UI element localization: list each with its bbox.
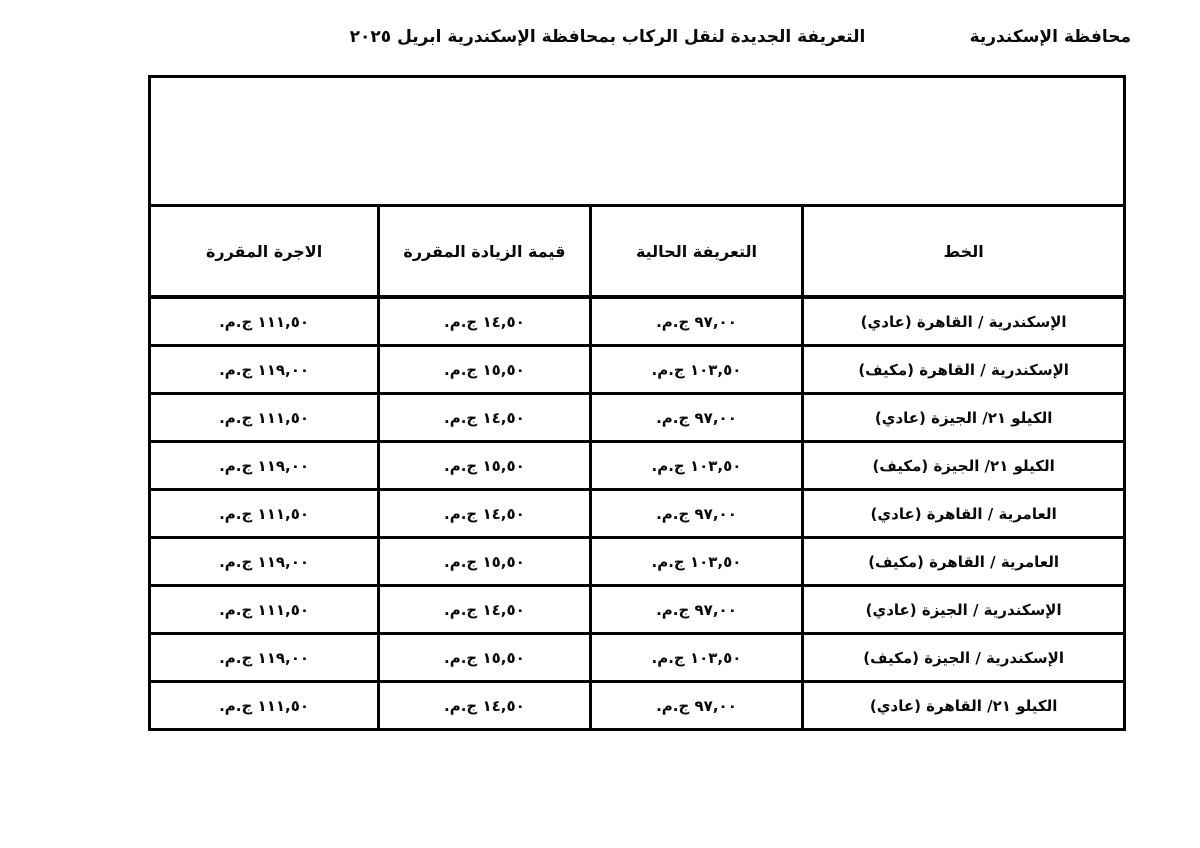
line-name-cell: الكيلو ٢١/ الجيزة (عادي): [803, 394, 1125, 442]
approved-fare-cell: ١١١,٥٠ ج.م.: [150, 682, 379, 730]
increase-value-cell: ١٥,٥٠ ج.م.: [379, 538, 591, 586]
table-row: الإسكندرية / الجيزة (عادي) ٩٧,٠٠ ج.م. ١٤…: [150, 586, 1125, 634]
increase-value-cell: ١٤,٥٠ ج.م.: [379, 586, 591, 634]
empty-merged-cell: [150, 77, 1125, 206]
current-tariff-cell: ١٠٣,٥٠ ج.م.: [590, 442, 803, 490]
current-tariff-cell: ٩٧,٠٠ ج.م.: [590, 297, 803, 346]
increase-value-cell: ١٥,٥٠ ج.م.: [379, 634, 591, 682]
table-row: العامرية / القاهرة (عادي) ٩٧,٠٠ ج.م. ١٤,…: [150, 490, 1125, 538]
table-row: الكيلو ٢١/ الجيزة (مكيف) ١٠٣,٥٠ ج.م. ١٥,…: [150, 442, 1125, 490]
line-name-cell: الإسكندرية / الجيزة (مكيف): [803, 634, 1125, 682]
approved-fare-cell: ١١١,٥٠ ج.م.: [150, 586, 379, 634]
increase-value-cell: ١٤,٥٠ ج.م.: [379, 682, 591, 730]
approved-fare-cell: ١١١,٥٠ ج.م.: [150, 490, 379, 538]
increase-value-cell: ١٤,٥٠ ج.م.: [379, 297, 591, 346]
line-name-cell: الإسكندرية / القاهرة (عادي): [803, 297, 1125, 346]
table-row: الإسكندرية / القاهرة (عادي) ٩٧,٠٠ ج.م. ١…: [150, 297, 1125, 346]
table-header-row: الخط التعريفة الحالية قيمة الزيادة المقر…: [150, 206, 1125, 298]
approved-fare-cell: ١١٩,٠٠ ج.م.: [150, 442, 379, 490]
table-row: العامرية / القاهرة (مكيف) ١٠٣,٥٠ ج.م. ١٥…: [150, 538, 1125, 586]
current-tariff-cell: ٩٧,٠٠ ج.م.: [590, 586, 803, 634]
current-tariff-cell: ١٠٣,٥٠ ج.م.: [590, 634, 803, 682]
line-name-cell: الإسكندرية / الجيزة (عادي): [803, 586, 1125, 634]
line-name-cell: الإسكندرية / القاهرة (مكيف): [803, 346, 1125, 394]
column-header-approved-fare: الاجرة المقررة: [150, 206, 379, 298]
current-tariff-cell: ٩٧,٠٠ ج.م.: [590, 394, 803, 442]
table-row: الكيلو ٢١/ الجيزة (عادي) ٩٧,٠٠ ج.م. ١٤,٥…: [150, 394, 1125, 442]
empty-header-row: [150, 77, 1125, 206]
current-tariff-cell: ١٠٣,٥٠ ج.م.: [590, 346, 803, 394]
increase-value-cell: ١٤,٥٠ ج.م.: [379, 394, 591, 442]
document-page: التعريفة الجديدة لنقل الركاب بمحافظة الإ…: [0, 0, 1200, 848]
increase-value-cell: ١٥,٥٠ ج.م.: [379, 346, 591, 394]
table-row: الإسكندرية / القاهرة (مكيف) ١٠٣,٥٠ ج.م. …: [150, 346, 1125, 394]
column-header-line: الخط: [803, 206, 1125, 298]
line-name-cell: الكيلو ٢١/ الجيزة (مكيف): [803, 442, 1125, 490]
current-tariff-cell: ٩٧,٠٠ ج.م.: [590, 490, 803, 538]
tariff-table: الخط التعريفة الحالية قيمة الزيادة المقر…: [148, 75, 1126, 731]
increase-value-cell: ١٤,٥٠ ج.م.: [379, 490, 591, 538]
approved-fare-cell: ١١٩,٠٠ ج.م.: [150, 634, 379, 682]
approved-fare-cell: ١١١,٥٠ ج.م.: [150, 394, 379, 442]
increase-value-cell: ١٥,٥٠ ج.م.: [379, 442, 591, 490]
column-header-current-tariff: التعريفة الحالية: [590, 206, 803, 298]
current-tariff-cell: ٩٧,٠٠ ج.م.: [590, 682, 803, 730]
table-row: الكيلو ٢١/ القاهرة (عادي) ٩٧,٠٠ ج.م. ١٤,…: [150, 682, 1125, 730]
line-name-cell: العامرية / القاهرة (عادي): [803, 490, 1125, 538]
approved-fare-cell: ١١١,٥٠ ج.م.: [150, 297, 379, 346]
line-name-cell: العامرية / القاهرة (مكيف): [803, 538, 1125, 586]
approved-fare-cell: ١١٩,٠٠ ج.م.: [150, 346, 379, 394]
approved-fare-cell: ١١٩,٠٠ ج.م.: [150, 538, 379, 586]
line-name-cell: الكيلو ٢١/ القاهرة (عادي): [803, 682, 1125, 730]
current-tariff-cell: ١٠٣,٥٠ ج.م.: [590, 538, 803, 586]
table-row: الإسكندرية / الجيزة (مكيف) ١٠٣,٥٠ ج.م. ١…: [150, 634, 1125, 682]
governorate-label: محافظة الإسكندرية: [970, 27, 1131, 47]
column-header-increase-value: قيمة الزيادة المقررة: [379, 206, 591, 298]
